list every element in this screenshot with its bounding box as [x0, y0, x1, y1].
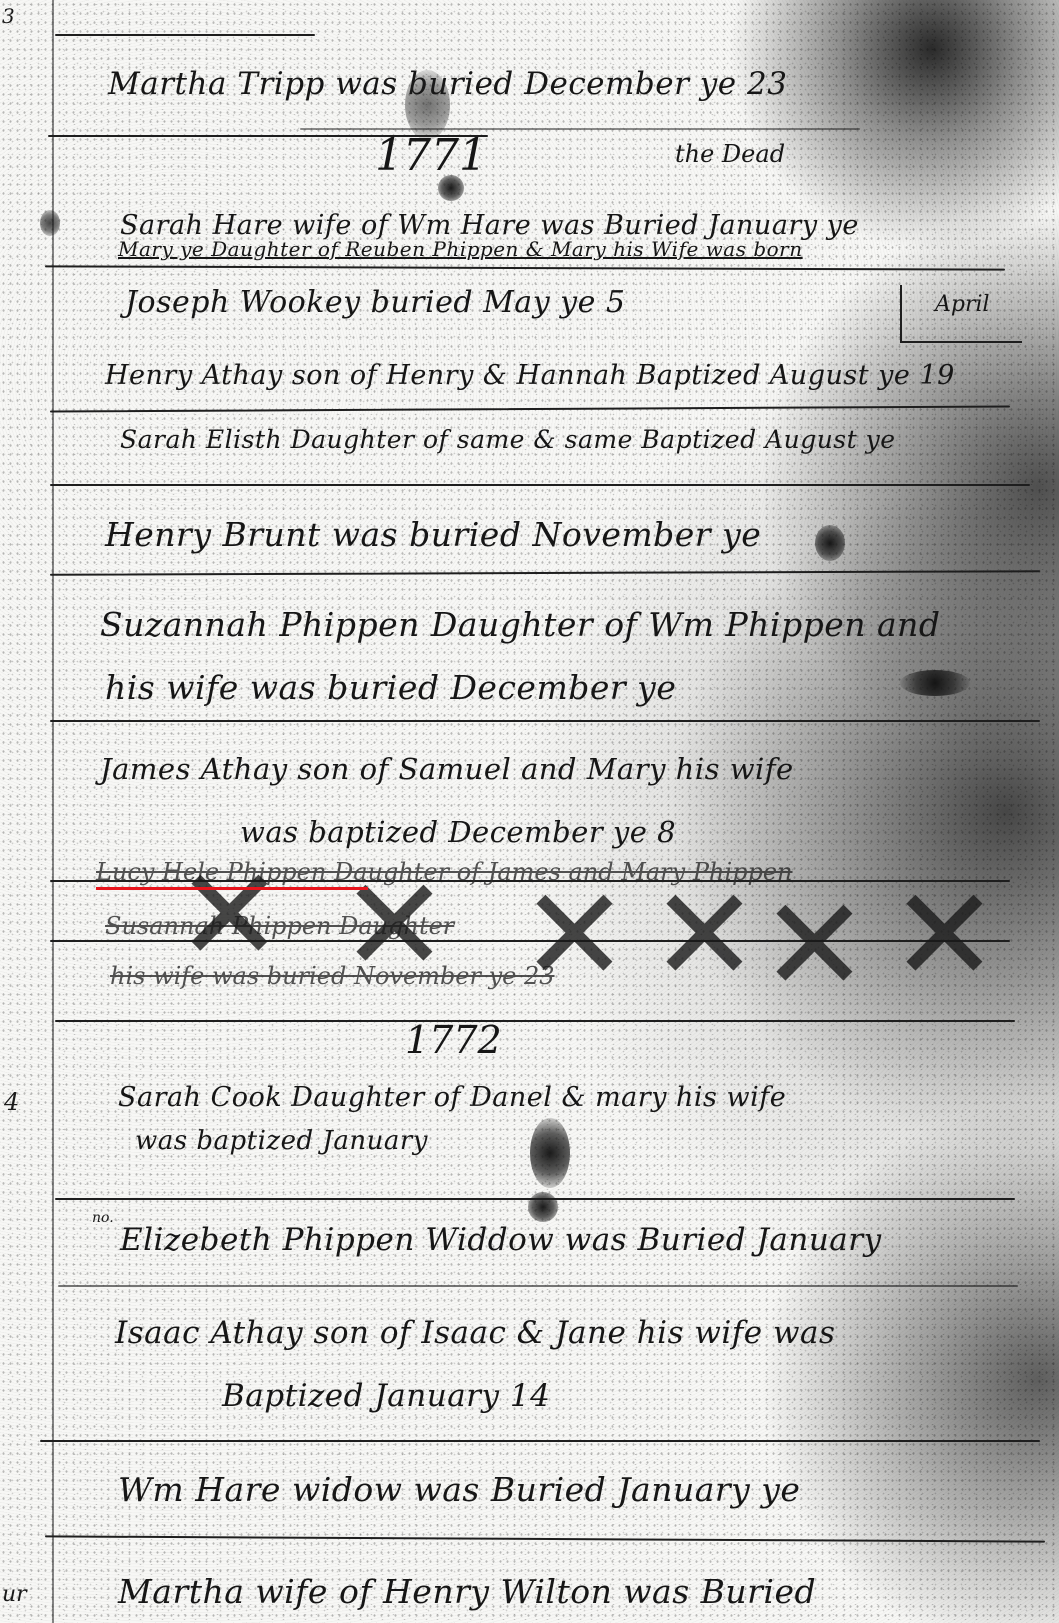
margin-rule [52, 0, 54, 1623]
margin-note-bottom: ur [2, 1582, 27, 1607]
margin-note-left-mid: 4 [4, 1088, 19, 1116]
ruled-line [50, 405, 1010, 412]
year-heading-1772: 1772 [405, 1018, 502, 1062]
ruled-line [40, 1440, 1040, 1442]
ink-blot [900, 670, 970, 696]
register-entry: Joseph Wookey buried May ye 5 [125, 285, 626, 320]
ink-blot [40, 210, 60, 236]
ink-blot [528, 1192, 558, 1222]
register-entry: Henry Athay son of Henry & Hannah Baptiz… [105, 360, 955, 391]
ruled-line [55, 34, 315, 36]
red-annotation-underline [96, 887, 368, 890]
register-entry: Suzannah Phippen Daughter of Wm Phippen … [100, 605, 941, 644]
ink-blot [815, 525, 845, 561]
register-entry: Wm Hare widow was Buried January ye [118, 1470, 800, 1509]
register-entry: Elizebeth Phippen Widdow was Buried Janu… [120, 1222, 882, 1258]
april-note: April [935, 292, 990, 317]
register-entry: Martha wife of Henry Wilton was Buried [118, 1572, 816, 1611]
ruled-line [45, 265, 1005, 270]
cancel-x-mark: ✕ [340, 860, 449, 990]
ruled-line [50, 484, 1030, 486]
cancel-x-mark: ✕ [760, 880, 869, 1010]
register-entry: Sarah Elisth Daughter of same & same Bap… [120, 425, 896, 454]
heading-note-the-dead: the Dead [675, 140, 785, 168]
register-entry: Sarah Cook Daughter of Danel & mary his … [118, 1082, 786, 1113]
cancel-x-mark: ✕ [650, 870, 759, 1000]
register-entry: Baptized January 14 [222, 1378, 550, 1414]
register-entry: was baptized December ye 8 [240, 815, 676, 849]
register-entry: Isaac Athay son of Isaac & Jane his wife… [115, 1315, 835, 1351]
register-entry: his wife was buried December ye [105, 668, 676, 707]
ruled-line [50, 720, 1040, 722]
ruled-line [45, 1535, 1045, 1542]
register-entry: was baptized January [135, 1126, 428, 1156]
ruled-line [58, 1285, 1018, 1287]
ruled-line [50, 570, 1040, 575]
margin-note-top: 3 [2, 4, 15, 28]
cancel-x-mark: ✕ [890, 870, 999, 1000]
register-entry: James Athay son of Samuel and Mary his w… [100, 752, 794, 786]
register-entry-inserted: Mary ye Daughter of Reuben Phippen & Mar… [118, 237, 803, 261]
entry-marker: no. [92, 1210, 114, 1226]
ruled-line [55, 1020, 1015, 1022]
cancel-x-mark: ✕ [520, 870, 629, 1000]
ink-blot [530, 1118, 570, 1188]
ink-blot [405, 70, 450, 140]
register-page: 3 4 no. ur 1771 1772 the Dead April Mart… [0, 0, 1059, 1623]
register-entry: Henry Brunt was buried November ye [105, 515, 761, 554]
cancel-x-mark: ✕ [175, 850, 284, 980]
ink-blot [438, 175, 464, 201]
